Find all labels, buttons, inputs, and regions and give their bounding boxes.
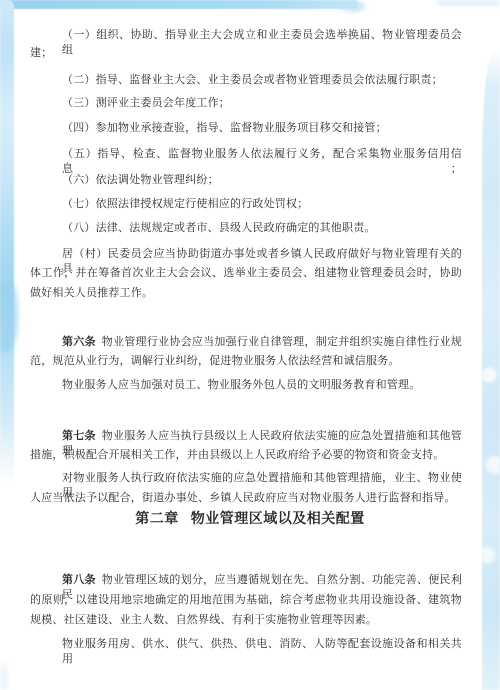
text-line: （一）组织、协助、指导业主大会成立和业主委员会选举换届、物业管理委员会组 <box>62 28 462 58</box>
section-lead: 第八条 <box>62 574 96 586</box>
text-line: 措施，积极配合开展相关工作，并由县级以上人民政府给予必要的物资和资金支持。 <box>30 448 444 463</box>
text-line: 范，规范从业行为，调解行业纠纷，促进物业服务人依法经营和诚信服务。 <box>30 354 400 369</box>
text-line: 体工作，并在筹备首次业主大会会议、选举业主委员会、组建物业管理委员会时，协助 <box>30 266 462 281</box>
document-text: （一）组织、协助、指导业主大会成立和业主委员会选举换届、物业管理委员会组建；（二… <box>0 0 500 690</box>
text-line: （二）指导、监督业主大会、业主委员会或者物业管理委员会依法履行职责； <box>62 73 443 88</box>
text-line: （四）参加物业承接查验，指导、监督物业服务项目移交和接管； <box>62 121 387 136</box>
text-line: 的原则，以建设用地宗地确定的用地范围为基础，综合考虑物业共用设施设备、建筑物 <box>30 593 462 608</box>
text-line: 第六条物业管理行业协会应当加强行业自律管理，制定并组织实施自律性行业规 <box>62 335 462 350</box>
section-lead: 第二章 <box>135 512 179 527</box>
text-line: 人应当依法予以配合，街道办事处、乡镇人民政府应当对物业服务人进行监督和指导。 <box>30 491 456 506</box>
text-line: 建； <box>30 46 52 61</box>
text-line: 做好相关人员推荐工作。 <box>30 286 153 301</box>
text-line: 规模、社区建设、业主人数、自然界线、有利于实施物业管理等因素。 <box>30 613 377 628</box>
chapter-heading: 第二章物业管理区域以及相关配置 <box>0 512 500 527</box>
line-text: 物业管理行业协会应当加强行业自律管理，制定并组织实施自律性行业规 <box>102 336 462 348</box>
text-line: （八）法律、法规规定或者市、县级人民政府确定的其他职责。 <box>62 221 376 236</box>
text-line: （七）依照法律授权规定行使相应的行政处罚权； <box>62 197 308 212</box>
line-text: 物业管理区域以及相关配置 <box>191 512 365 527</box>
text-line: （三）测评业主委员会年度工作； <box>62 96 230 111</box>
text-line: （六）依法调处物业管理纠纷； <box>62 173 219 188</box>
text-line: 物业服务用房、供水、供气、供热、供电、消防、人防等配套设施设备和相关共用 <box>62 637 462 667</box>
document-page: （一）组织、协助、指导业主大会成立和业主委员会选举换届、物业管理委员会组建；（二… <box>0 0 500 690</box>
section-lead: 第六条 <box>62 336 96 348</box>
section-lead: 第七条 <box>62 430 96 442</box>
text-line: 物业服务人应当加强对员工、物业服务外包人员的文明服务教育和管理。 <box>62 378 420 393</box>
